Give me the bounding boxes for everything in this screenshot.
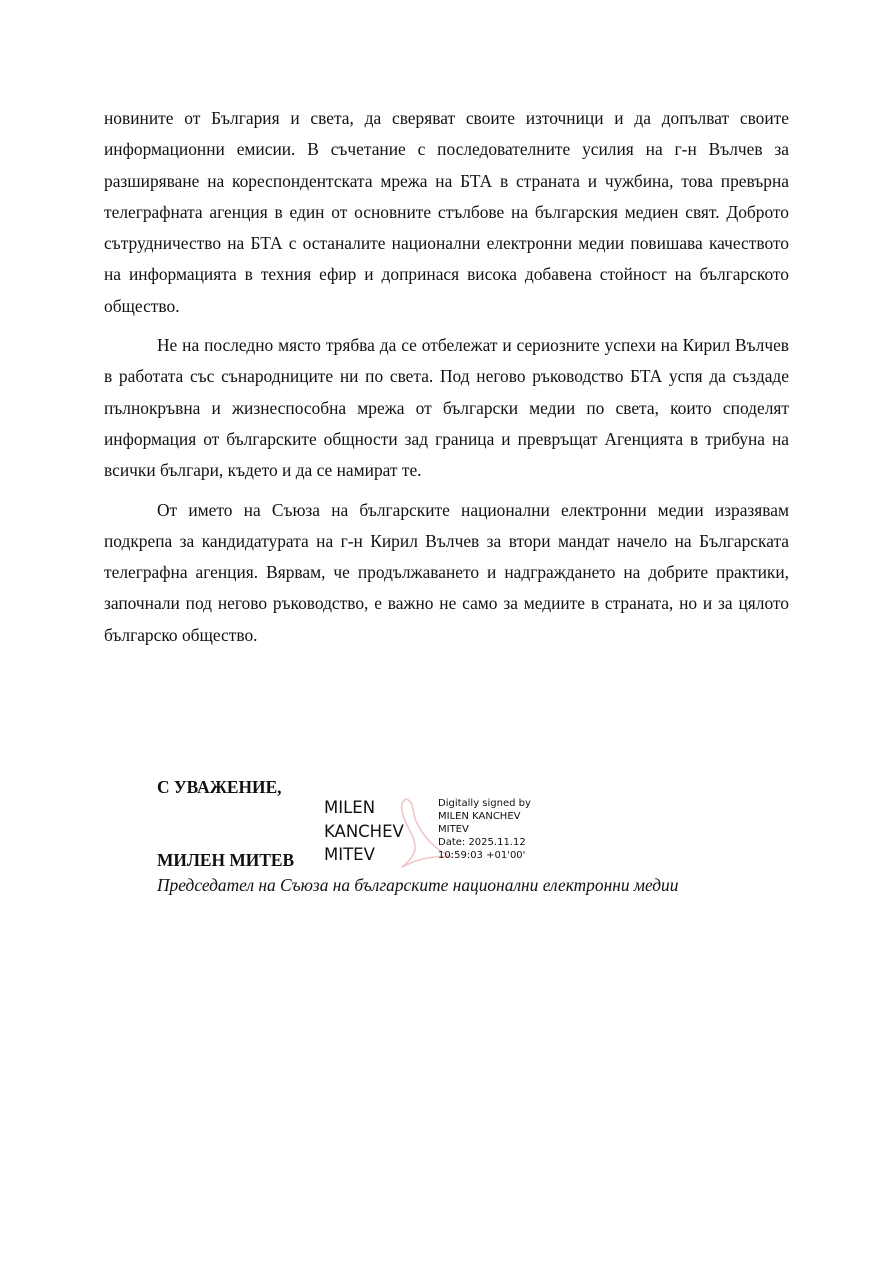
paragraph-3: От името на Съюза на българските национа…	[104, 495, 789, 651]
document-page: новините от България и света, да сверява…	[0, 0, 895, 1268]
letter-body: новините от България и света, да сверява…	[104, 103, 789, 659]
closing-salutation: С УВАЖЕНИЕ,	[157, 777, 282, 798]
signature-date: Date: 2025.11.12	[438, 836, 531, 849]
paragraph-1: новините от България и света, да сверява…	[104, 103, 789, 322]
signature-detail-line: MILEN KANCHEV	[438, 810, 531, 823]
signature-time: 10:59:03 +01'00'	[438, 849, 531, 862]
digital-signature-details[interactable]: Digitally signed by MILEN KANCHEV MITEV …	[438, 797, 531, 862]
paragraph-2: Не на последно място трябва да се отбеле…	[104, 330, 789, 486]
signature-detail-line: Digitally signed by	[438, 797, 531, 810]
signer-title: Председател на Съюза на българските наци…	[157, 875, 678, 896]
signer-name: МИЛЕН МИТЕВ	[157, 850, 294, 871]
signature-detail-line: MITEV	[438, 823, 531, 836]
